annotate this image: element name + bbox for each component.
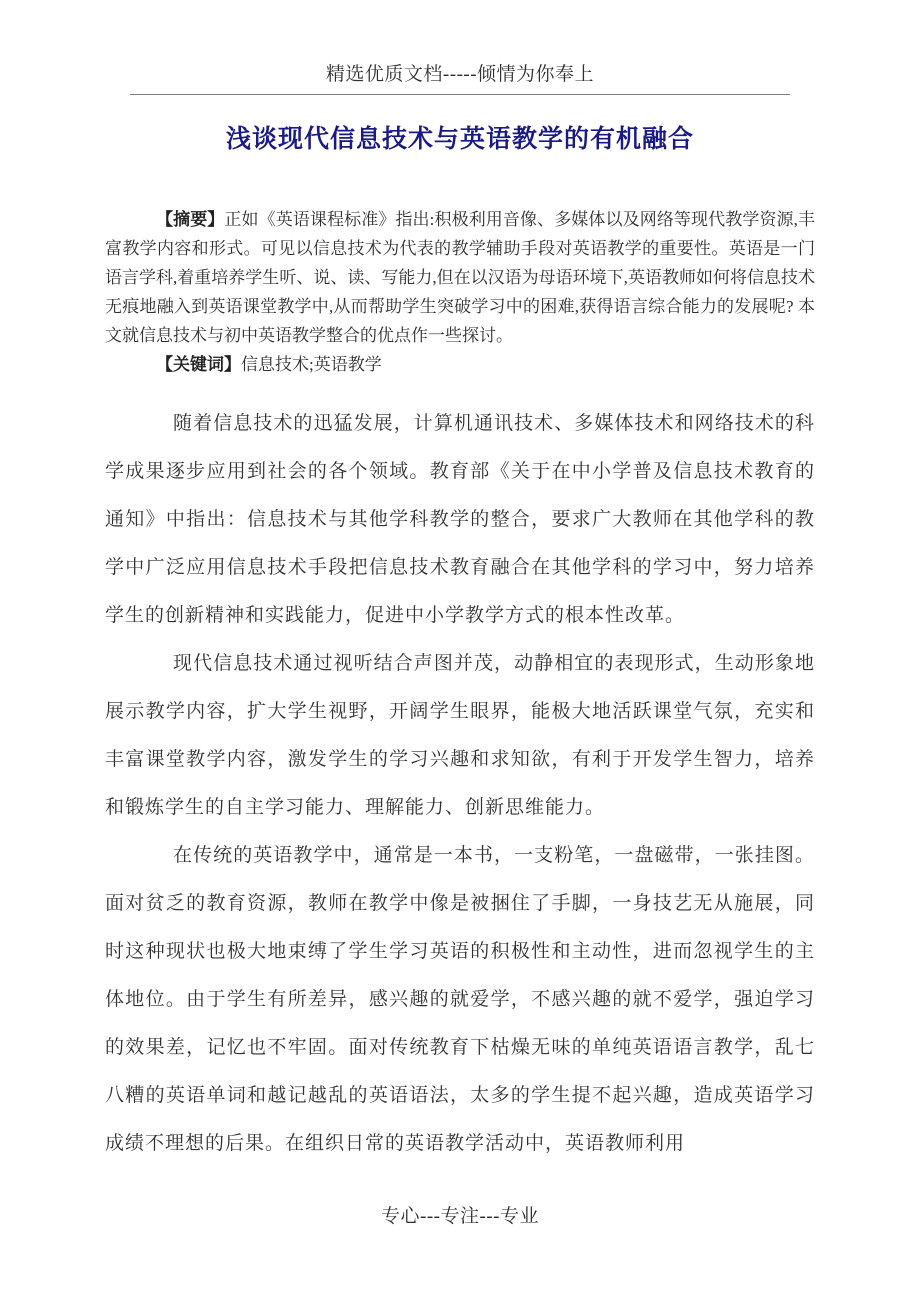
body-paragraph-2: 现代信息技术通过视听结合声图并茂，动静相宜的表现形式，生动形象地展示教学内容，扩… [105, 640, 815, 832]
document-header: 精选优质文档-----倾情为你奉上 [130, 0, 790, 95]
abstract-paragraph: 【摘要】正如《英语课程标准》指出:积极利用音像、多媒体以及网络等现代教学资源,丰… [105, 205, 815, 350]
document-body: 随着信息技术的迅猛发展，计算机通讯技术、多媒体技术和网络技术的科学成果逐步应用到… [105, 400, 815, 1168]
document-page: 精选优质文档-----倾情为你奉上 浅谈现代信息技术与英语教学的有机融合 【摘要… [0, 0, 920, 1302]
page-title: 浅谈现代信息技术与英语教学的有机融合 [105, 121, 815, 157]
keywords-line: 【关键词】信息技术;英语教学 [105, 350, 815, 379]
footer-text: 专心---专注---专业 [381, 1206, 539, 1227]
abstract-text: 正如《英语课程标准》指出:积极利用音像、多媒体以及网络等现代教学资源,丰富教学内… [105, 210, 815, 345]
body-paragraph-1: 随着信息技术的迅猛发展，计算机通讯技术、多媒体技术和网络技术的科学成果逐步应用到… [105, 400, 815, 640]
abstract-section: 【摘要】正如《英语课程标准》指出:积极利用音像、多媒体以及网络等现代教学资源,丰… [105, 205, 815, 379]
document-footer: 专心---专注---专业 [0, 1204, 920, 1230]
abstract-label: 【摘要】 [156, 210, 224, 229]
body-paragraph-3: 在传统的英语教学中，通常是一本书，一支粉笔，一盘磁带，一张挂图。面对贫乏的教育资… [105, 832, 815, 1168]
header-text: 精选优质文档-----倾情为你奉上 [326, 64, 594, 85]
keywords-label: 【关键词】 [156, 355, 241, 374]
keywords-text: 信息技术;英语教学 [241, 355, 382, 374]
